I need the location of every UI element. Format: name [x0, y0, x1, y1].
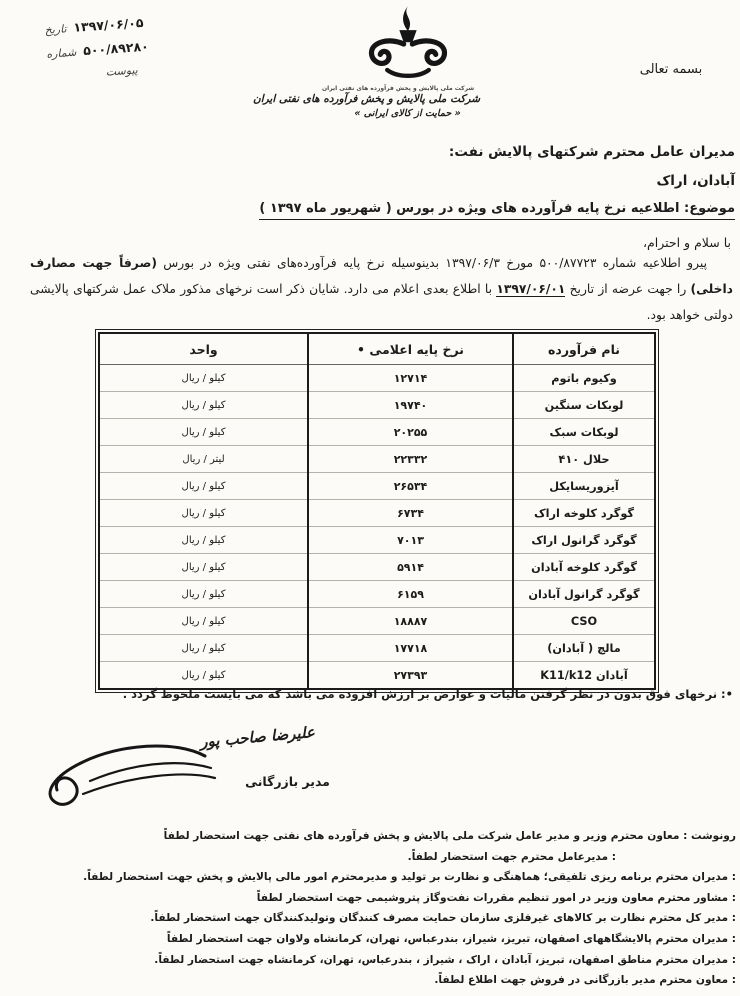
- recipient-line-2: آبادان، اراک: [656, 173, 735, 189]
- cc-item: : مدیران محترم پالایشگاههای اصفهان، تبری…: [0, 929, 736, 950]
- subject-line: موضوع: اطلاعیه نرخ پایه فرآورده های ویژه…: [259, 201, 735, 220]
- date-label: تاریخ: [44, 22, 67, 36]
- number-line: شماره ۵۰۰/۸۹۲۸۰: [46, 34, 212, 60]
- cc-list: رونوشت : معاون محترم وزیر و مدیر عامل شر…: [0, 826, 736, 991]
- product-name-cell: آیزوریسایکل: [513, 473, 655, 500]
- date-value: ۱۳۹۷/۰۶/۰۵: [73, 15, 144, 35]
- product-name-cell: گوگرد گرانول آبادان: [513, 581, 655, 608]
- signer-name: علیرضا صاحب پور: [175, 721, 341, 753]
- base-rate-cell: ۱۲۷۱۴: [308, 365, 513, 392]
- vat-footnote: •: نرخهای فوق بدون در نظر گرفتن مالیات و…: [123, 687, 733, 701]
- cc-item: : مدیر کل محترم نظارت بر کالاهای غیرفلزی…: [0, 908, 736, 929]
- price-table: نام فرآورده نرخ پایه اعلامی • واحد وکیوم…: [98, 332, 656, 690]
- price-table-frame: نام فرآورده نرخ پایه اعلامی • واحد وکیوم…: [95, 329, 659, 693]
- table-row: گوگرد گرانول اراک۷۰۱۳کیلو / ریال: [99, 527, 655, 554]
- date-line: تاریخ ۱۳۹۷/۰۶/۰۵: [44, 10, 210, 36]
- base-rate-cell: ۱۹۷۴۰: [308, 392, 513, 419]
- niordc-torch-logo-icon: [335, 4, 480, 84]
- table-row: گوگرد گرانول آبادان۶۱۵۹کیلو / ریال: [99, 581, 655, 608]
- signature-block: علیرضا صاحب پور مدیر بازرگانی: [35, 726, 345, 821]
- unit-cell: کیلو / ریال: [99, 500, 308, 527]
- unit-cell: کیلو / ریال: [99, 473, 308, 500]
- table-row: لوبکات سنگین۱۹۷۴۰کیلو / ریال: [99, 392, 655, 419]
- col-header-unit: واحد: [99, 333, 308, 365]
- base-rate-cell: ۱۸۸۸۷: [308, 608, 513, 635]
- org-name-main: شرکت ملی پالایش و پخش فرآورده های نفتی ا…: [335, 93, 480, 105]
- base-rate-cell: ۶۷۳۴: [308, 500, 513, 527]
- cc-item: : معاون محترم مدیر بازرگانی در فروش جهت …: [0, 970, 736, 991]
- letterhead-logo-block: شرکت ملی پالایش و پخش فرآورده های نفتی ا…: [335, 4, 480, 119]
- cc-item: : مدیران محترم برنامه ریزی تلفیقی؛ هماهن…: [0, 867, 736, 888]
- cc-item: : مشاور محترم معاون وزیر در امور تنظیم م…: [0, 888, 736, 909]
- unit-cell: کیلو / ریال: [99, 365, 308, 392]
- attachment-label: پیوست: [47, 58, 213, 82]
- body-effective-date: ۱۳۹۷/۰۶/۰۱: [496, 282, 565, 297]
- body-part-3: را جهت عرضه از تاریخ: [565, 282, 690, 296]
- letterhead-stamp: تاریخ ۱۳۹۷/۰۶/۰۵ شماره ۵۰۰/۸۹۲۸۰ پیوست: [44, 10, 213, 82]
- product-name-cell: CSO: [513, 608, 655, 635]
- base-rate-cell: ۲۲۳۳۲: [308, 446, 513, 473]
- table-row: حلال ۴۱۰۲۲۳۳۲لیتر / ریال: [99, 446, 655, 473]
- product-name-cell: گوگرد کلوخه اراک: [513, 500, 655, 527]
- table-header-row: نام فرآورده نرخ پایه اعلامی • واحد: [99, 333, 655, 365]
- table-row: لوبکات سبک۲۰۲۵۵کیلو / ریال: [99, 419, 655, 446]
- bismillah-text: بسمه تعالی: [626, 62, 716, 77]
- unit-cell: لیتر / ریال: [99, 446, 308, 473]
- unit-cell: کیلو / ریال: [99, 392, 308, 419]
- product-name-cell: مالچ ( آبادان): [513, 635, 655, 662]
- col-header-base-rate: نرخ پایه اعلامی •: [308, 333, 513, 365]
- product-name-cell: لوبکات سبک: [513, 419, 655, 446]
- scanned-letter-page: تاریخ ۱۳۹۷/۰۶/۰۵ شماره ۵۰۰/۸۹۲۸۰ پیوست ش…: [0, 0, 740, 996]
- unit-cell: کیلو / ریال: [99, 419, 308, 446]
- cc-item: : مدیران محترم مناطق اصفهان، تبریز، آباد…: [0, 950, 736, 971]
- cc-item: : مدیرعامل محترم جهت استحضار لطفاً.: [0, 847, 736, 868]
- base-rate-cell: ۵۹۱۴: [308, 554, 513, 581]
- body-paragraph: پیرو اطلاعیه شماره ۵۰۰/۸۷۷۲۳ مورخ ۱۳۹۷/۰…: [30, 250, 733, 328]
- org-name-small: شرکت ملی پالایش و پخش فرآورده های نفتی ا…: [341, 84, 474, 91]
- table-row: وکیوم باتوم۱۲۷۱۴کیلو / ریال: [99, 365, 655, 392]
- table-row: مالچ ( آبادان)۱۷۷۱۸کیلو / ریال: [99, 635, 655, 662]
- unit-cell: کیلو / ریال: [99, 581, 308, 608]
- unit-cell: کیلو / ریال: [99, 662, 308, 690]
- base-rate-cell: ۲۷۳۹۳: [308, 662, 513, 690]
- body-part-1: پیرو اطلاعیه شماره ۵۰۰/۸۷۷۲۳ مورخ ۱۳۹۷/۰…: [157, 256, 707, 270]
- base-rate-cell: ۷۰۱۳: [308, 527, 513, 554]
- table-row: آیزوریسایکل۲۶۵۳۴کیلو / ریال: [99, 473, 655, 500]
- recipient-line-1: مدیران عامل محترم شرکتهای پالایش نفت:: [449, 144, 735, 160]
- unit-cell: کیلو / ریال: [99, 608, 308, 635]
- number-value: ۵۰۰/۸۹۲۸۰: [83, 39, 149, 59]
- number-label: شماره: [46, 46, 77, 61]
- cc-item: رونوشت : معاون محترم وزیر و مدیر عامل شر…: [0, 826, 736, 847]
- year-slogan: « حمایت از کالای ایرانی »: [335, 108, 480, 119]
- unit-cell: کیلو / ریال: [99, 554, 308, 581]
- unit-cell: کیلو / ریال: [99, 635, 308, 662]
- product-name-cell: لوبکات سنگین: [513, 392, 655, 419]
- product-name-cell: گوگرد گرانول اراک: [513, 527, 655, 554]
- base-rate-cell: ۱۷۷۱۸: [308, 635, 513, 662]
- unit-cell: کیلو / ریال: [99, 527, 308, 554]
- salutation: با سلام و احترام،: [643, 235, 731, 250]
- table-row: CSO۱۸۸۸۷کیلو / ریال: [99, 608, 655, 635]
- product-name-cell: حلال ۴۱۰: [513, 446, 655, 473]
- signer-title: مدیر بازرگانی: [225, 774, 350, 789]
- base-rate-cell: ۶۱۵۹: [308, 581, 513, 608]
- table-row: گوگرد کلوخه اراک۶۷۳۴کیلو / ریال: [99, 500, 655, 527]
- table-row: آبادان K11/k12۲۷۳۹۳کیلو / ریال: [99, 662, 655, 690]
- table-row: گوگرد کلوخه آبادان۵۹۱۴کیلو / ریال: [99, 554, 655, 581]
- product-name-cell: وکیوم باتوم: [513, 365, 655, 392]
- product-name-cell: گوگرد کلوخه آبادان: [513, 554, 655, 581]
- base-rate-cell: ۲۰۲۵۵: [308, 419, 513, 446]
- col-header-product-name: نام فرآورده: [513, 333, 655, 365]
- product-name-cell: آبادان K11/k12: [513, 662, 655, 690]
- base-rate-cell: ۲۶۵۳۴: [308, 473, 513, 500]
